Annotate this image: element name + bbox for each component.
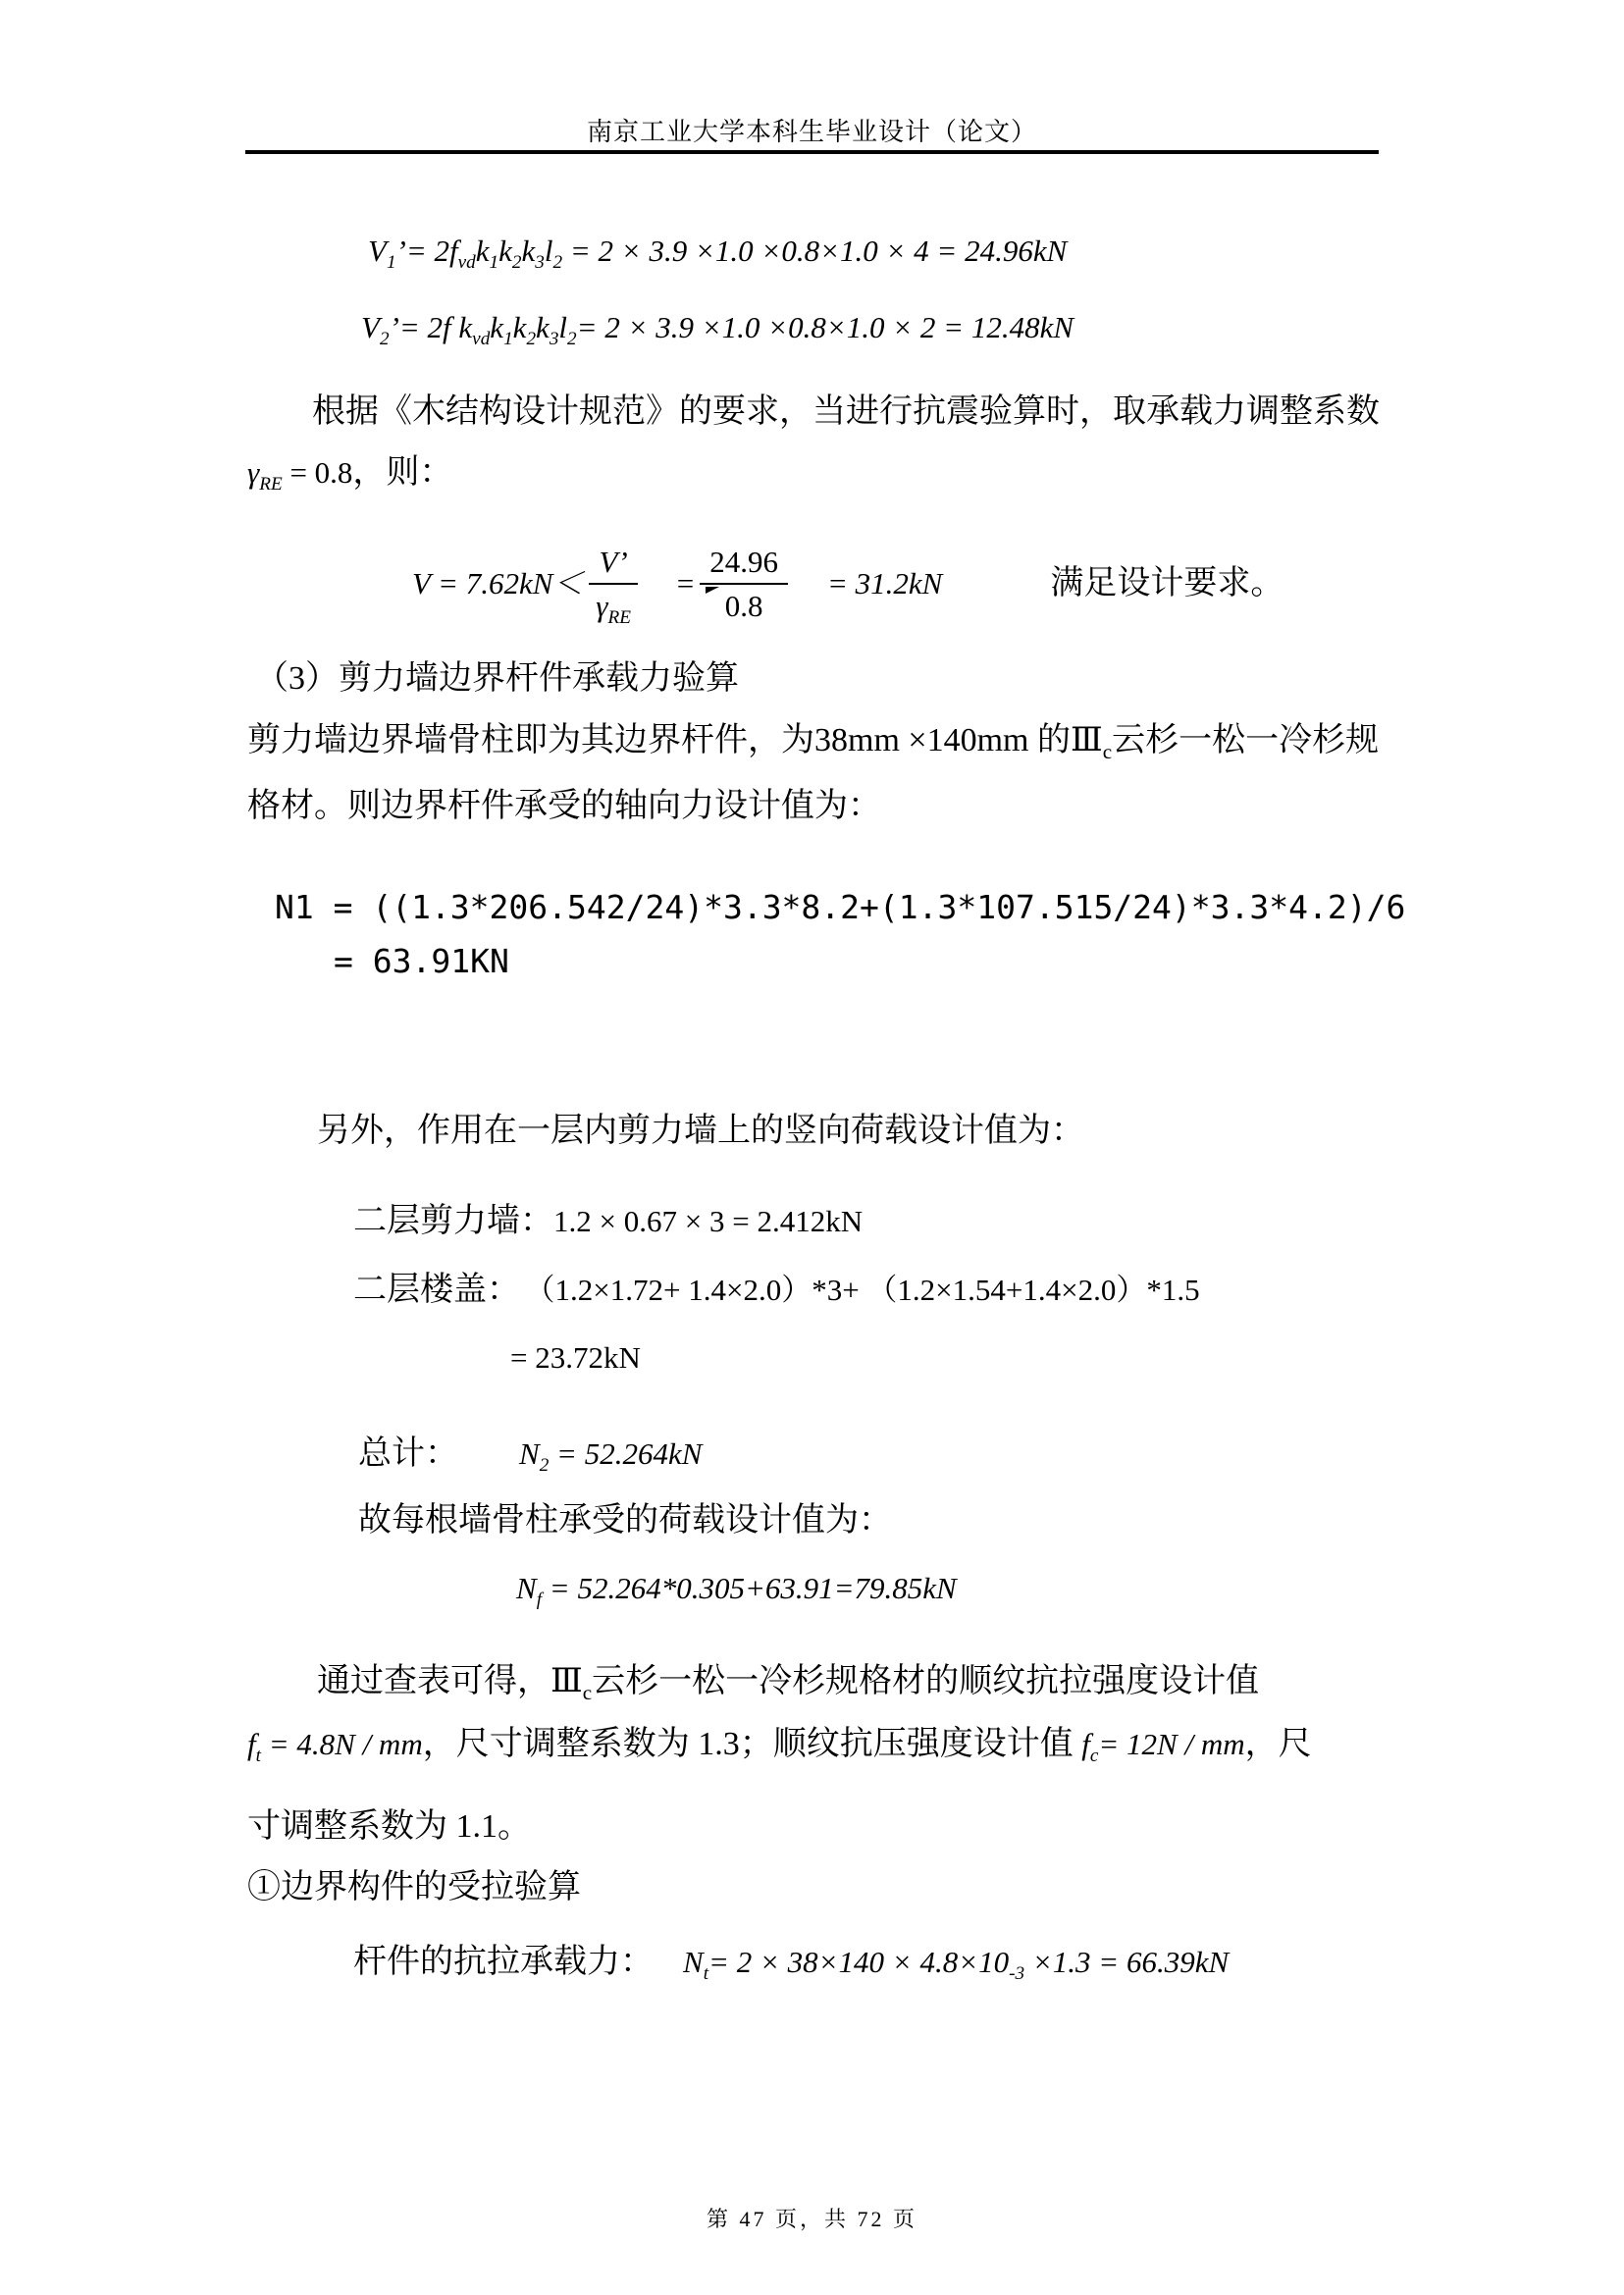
gamma-value: = 0.8	[283, 455, 353, 490]
check-fraction-values: 24.96 0.8	[700, 544, 788, 624]
tension-capacity-line: 杆件的抗拉承载力：Nt= 2 × 38×140 × 4.8×10-3 ×1.3 …	[353, 1943, 1229, 1983]
gamma-symbol: γRE	[247, 455, 283, 490]
strength-wrap-line: 寸调整系数为 1.1。	[247, 1807, 531, 1848]
header-rule	[245, 150, 1379, 154]
second-floor-slab-label: 二层楼盖：	[353, 1272, 540, 1308]
check-frac2-denominator: 0.8	[725, 585, 763, 624]
per-stud-formula: Nf = 52.264*0.305+63.91=79.85kN	[516, 1570, 957, 1606]
equation-shear-check: V = 7.62kN＜ V’ γRE = 24.96 0.8 = 31.2kN …	[412, 535, 1283, 633]
per-stud-intro: 故每根墙骨柱承受的荷载设计值为：	[358, 1501, 892, 1541]
second-floor-slab-result: = 23.72kN	[510, 1339, 641, 1376]
total-label: 总计：	[358, 1435, 519, 1472]
fraction-bar-arrow-artifact	[706, 587, 719, 594]
check-frac1-denominator: γRE	[596, 585, 631, 624]
second-floor-slab-line: 二层楼盖：（1.2×1.72+ 1.4×2.0）*3+ （1.2×1.54+1.…	[353, 1271, 1200, 1311]
paragraph-code-requirement: 根据《木结构设计规范》的要求，当进行抗震验算时，取承载力调整系数	[312, 392, 1380, 433]
second-floor-slab-formula: （1.2×1.72+ 1.4×2.0）*3+ （1.2×1.54+1.4×2.0…	[540, 1273, 1200, 1307]
total-formula: N2 = 52.264kN	[519, 1436, 702, 1471]
check-rhs: = 31.2kN	[827, 565, 942, 601]
strength-tail-text: ，尺	[1245, 1726, 1312, 1762]
gamma-line: γRE = 0.8，则：	[247, 453, 452, 494]
gamma-suffix: ，则：	[352, 454, 452, 491]
page-number-footer: 第 47 页，共 72 页	[0, 2203, 1624, 2233]
boundary-paragraph-line2: 格材。则边界杆件承受的轴向力设计值为：	[247, 787, 881, 827]
second-floor-wall-label: 二层剪力墙：	[353, 1203, 553, 1239]
check-frac1-numerator: V’	[589, 544, 637, 585]
equation-v2: V2’= 2f kvdk1k2k3l2= 2 × 3.9 ×1.0 ×0.8×1…	[361, 309, 1074, 345]
page-header-title: 南京工业大学本科生毕业设计（论文）	[0, 112, 1624, 148]
check-lhs: V = 7.62kN＜	[412, 565, 583, 601]
equation-n1-line2: = 63.91KN	[334, 942, 509, 981]
boundary-paragraph-line1: 剪力墙边界墙骨柱即为其边界杆件，为38mm ×140mm 的Ⅲc云杉一松一冷杉规	[247, 721, 1379, 761]
check-fraction-v-over-gamma: V’ γRE	[589, 544, 637, 624]
section-heading-boundary-members: （3）剪力墙边界杆件承载力验算	[255, 659, 739, 700]
second-floor-wall-line: 二层剪力墙：1.2 × 0.67 × 3 = 2.412kN	[353, 1202, 863, 1242]
total-line: 总计：N2 = 52.264kN	[358, 1434, 702, 1475]
check-frac2-numerator: 24.96	[700, 544, 788, 585]
tension-capacity-label: 杆件的抗拉承载力：	[353, 1944, 683, 1980]
second-floor-wall-formula: 1.2 × 0.67 × 3 = 2.412kN	[553, 1204, 863, 1238]
strength-mid-text: ，尺寸调整系数为 1.3；顺纹抗压强度设计值	[423, 1726, 1082, 1762]
tension-check-heading: ①边界构件的受拉验算	[247, 1868, 581, 1908]
strength-values-line: ft = 4.8N / mm，尺寸调整系数为 1.3；顺纹抗压强度设计值 fc=…	[247, 1725, 1312, 1765]
ft-formula: ft = 4.8N / mm	[247, 1727, 423, 1761]
strength-intro: 通过查表可得，Ⅲc云杉一松一冷杉规格材的顺纹抗拉强度设计值	[317, 1662, 1259, 1702]
equation-n1-line1: N1 = ((1.3*206.542/24)*3.3*8.2+(1.3*107.…	[275, 888, 1405, 927]
equation-v1: V1’= 2fvdk1k2k3l2 = 2 × 3.9 ×1.0 ×0.8×1.…	[368, 233, 1067, 269]
check-equals-sign: =	[677, 565, 694, 601]
tension-capacity-formula: Nt= 2 × 38×140 × 4.8×10-3 ×1.3 = 66.39kN	[683, 1945, 1229, 1979]
thesis-document-page: 南京工业大学本科生毕业设计（论文） V1’= 2fvdk1k2k3l2 = 2 …	[0, 0, 1624, 2295]
check-note: 满足设计要求。	[1050, 564, 1283, 604]
fc-formula: fc= 12N / mm	[1081, 1727, 1244, 1761]
vertical-load-intro: 另外，作用在一层内剪力墙上的竖向荷载设计值为：	[317, 1112, 1084, 1152]
